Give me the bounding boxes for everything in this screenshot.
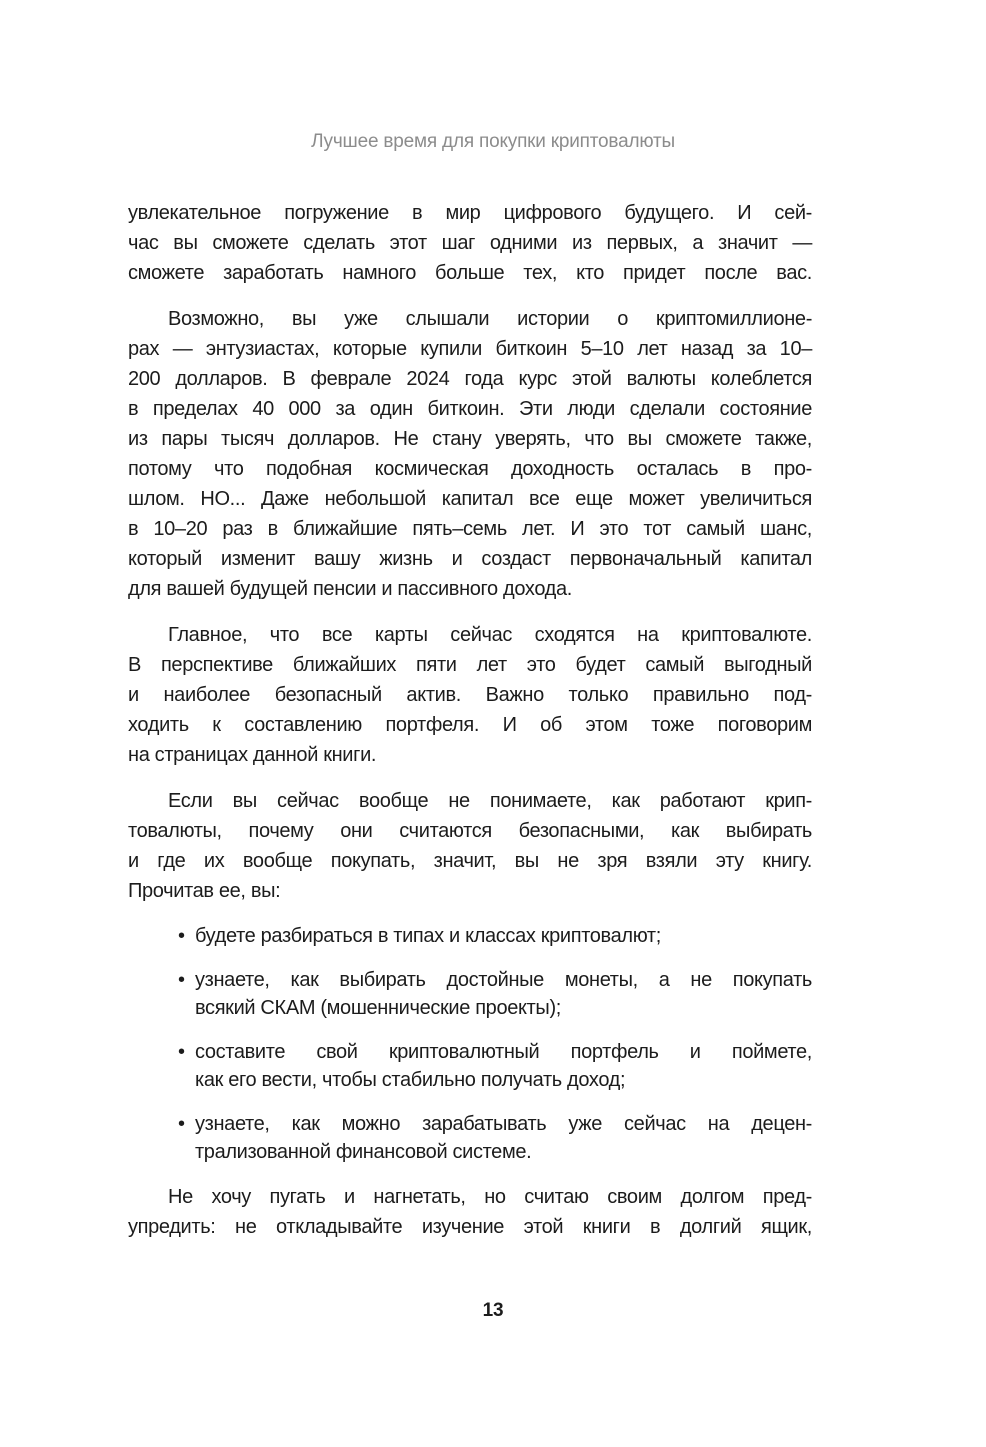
text-line: сможете заработать намного больше тех, к…: [128, 258, 812, 288]
text-line: для вашей будущей пенсии и пассивного до…: [128, 574, 812, 604]
paragraph: Возможно, вы уже слышали истории о крипт…: [128, 304, 812, 604]
text-line: составите свой криптовалютный портфель и…: [195, 1038, 812, 1066]
text-line: всякий СКАМ (мошеннические проекты);: [195, 994, 812, 1022]
text-line: в 10–20 раз в ближайшие пять–семь лет. И…: [128, 514, 812, 544]
text-line: в пределах 40 000 за один биткоин. Эти л…: [128, 394, 812, 424]
text-line: Главное, что все карты сейчас сходятся н…: [128, 620, 812, 650]
text-line: час вы сможете сделать этот шаг одними и…: [128, 228, 812, 258]
text-line: 200 долларов. В феврале 2024 года курс э…: [128, 364, 812, 394]
text-line: из пары тысяч долларов. Не стану уверять…: [128, 424, 812, 454]
text-line: трализованной финансовой системе.: [195, 1138, 812, 1166]
text-line: ходить к составлению портфеля. И об этом…: [128, 710, 812, 740]
text-line: рах — энтузиастах, которые купили биткои…: [128, 334, 812, 364]
benefits-list: • будете разбираться в типах и классах к…: [128, 922, 812, 1166]
text-line: узнаете, как можно зарабатывать уже сейч…: [195, 1110, 812, 1138]
list-item: • будете разбираться в типах и классах к…: [128, 922, 812, 950]
page-body-text: увлекательное погружение в мир цифрового…: [128, 198, 812, 1242]
text-line: как его вести, чтобы стабильно получать …: [195, 1066, 812, 1094]
text-line: Не хочу пугать и нагнетать, но считаю св…: [128, 1182, 812, 1212]
text-line: упредить: не откладывайте изучение этой …: [128, 1212, 812, 1242]
bullet-icon: •: [178, 1110, 185, 1138]
text-line: шлом. НО... Даже небольшой капитал все е…: [128, 484, 812, 514]
paragraph: Если вы сейчас вообще не понимаете, как …: [128, 786, 812, 906]
text-line: Возможно, вы уже слышали истории о крипт…: [128, 304, 812, 334]
paragraph: Главное, что все карты сейчас сходятся н…: [128, 620, 812, 770]
text-line: Прочитав ее, вы:: [128, 876, 812, 906]
bullet-icon: •: [178, 922, 185, 950]
text-line: потому что подобная космическая доходнос…: [128, 454, 812, 484]
bullet-icon: •: [178, 966, 185, 994]
text-line: товалюты, почему они считаются безопасны…: [128, 816, 812, 846]
list-item: • составите свой криптовалютный портфель…: [128, 1038, 812, 1094]
book-page: Лучшее время для покупки криптовалюты ув…: [0, 0, 986, 1447]
text-line: Если вы сейчас вообще не понимаете, как …: [128, 786, 812, 816]
paragraph: увлекательное погружение в мир цифрового…: [128, 198, 812, 288]
text-line: который изменит вашу жизнь и создаст пер…: [128, 544, 812, 574]
page-number: 13: [0, 1300, 986, 1322]
text-line: и где их вообще покупать, значит, вы не …: [128, 846, 812, 876]
text-line: будете разбираться в типах и классах кри…: [195, 922, 812, 950]
text-line: и наиболее безопасный актив. Важно тольк…: [128, 680, 812, 710]
text-line: В перспективе ближайших пяти лет это буд…: [128, 650, 812, 680]
list-item: • узнаете, как выбирать достойные монеты…: [128, 966, 812, 1022]
running-head: Лучшее время для покупки криптовалюты: [0, 131, 986, 153]
paragraph: Не хочу пугать и нагнетать, но считаю св…: [128, 1182, 812, 1242]
text-line: на страницах данной книги.: [128, 740, 812, 770]
text-line: увлекательное погружение в мир цифрового…: [128, 198, 812, 228]
bullet-icon: •: [178, 1038, 185, 1066]
text-line: узнаете, как выбирать достойные монеты, …: [195, 966, 812, 994]
list-item: • узнаете, как можно зарабатывать уже се…: [128, 1110, 812, 1166]
